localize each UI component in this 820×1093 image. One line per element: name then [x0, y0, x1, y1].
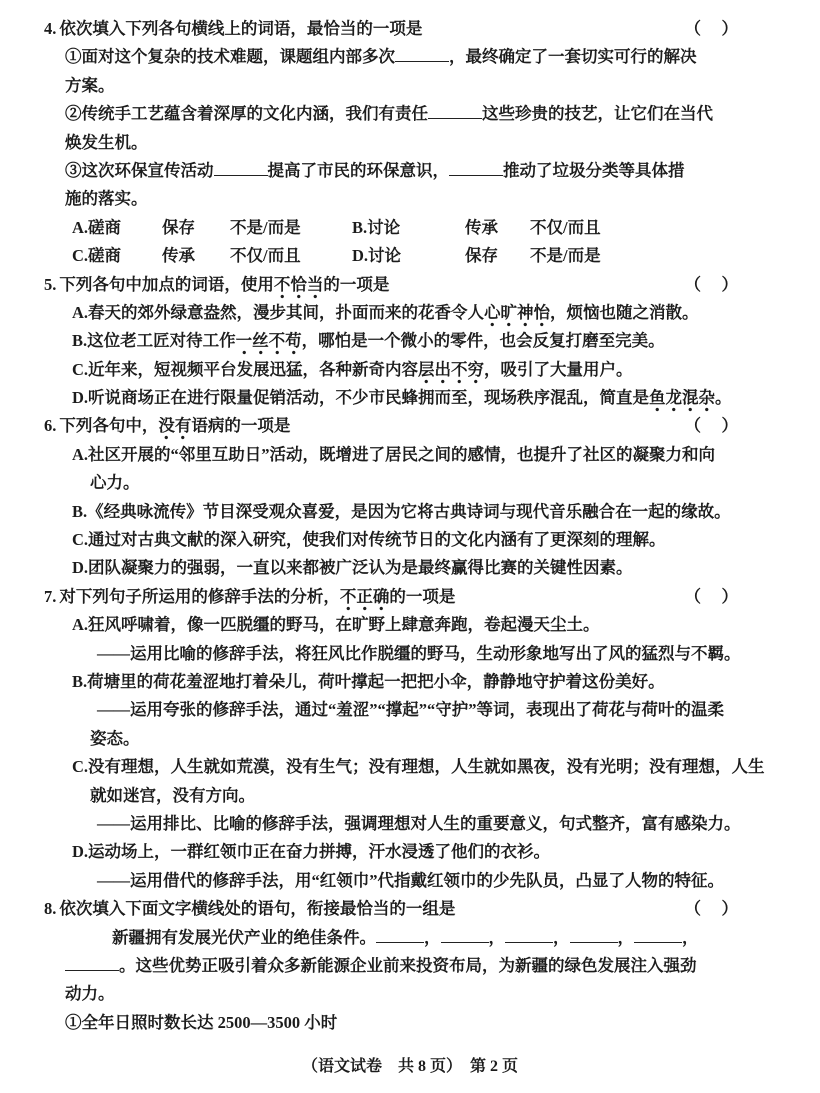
q5-option-a-post: ，烦恼也随之消散。 [550, 303, 699, 322]
q7-option-c-text-2: 就如迷宫，没有方向。 [90, 786, 255, 805]
question-6: 6.下列各句中，没有语病的一项是 （ ） A.社区开展的“邻里互助日”活动，既增… [0, 412, 820, 582]
q7-option-d-analysis-text: ——运用借代的修辞手法，用“红领巾”代指戴红领巾的少先队员，凸显了人物的特征。 [97, 871, 724, 890]
blank-line [505, 928, 553, 943]
q7-number: 7. [44, 587, 56, 606]
q5-option-b-post: ，哪怕是一个微小的零件，也会反复打磨至完美。 [302, 331, 665, 350]
q6-option-d: D.团队凝聚力的强弱，一直以来都被广泛认为是最终赢得比赛的关键性因素。 [0, 554, 820, 582]
q7-option-d-analysis: ——运用借代的修辞手法，用“红领巾”代指戴红领巾的少先队员，凸显了人物的特征。 [0, 867, 820, 895]
q6-option-d-text: D.团队凝聚力的强弱，一直以来都被广泛认为是最终赢得比赛的关键性因素。 [72, 558, 633, 577]
q5-option-d-emphasized: 鱼龙混杂 [649, 388, 715, 412]
q8-comma: ， [424, 928, 441, 947]
q6-answer-bracket: （ ） [685, 412, 741, 440]
q7-option-b-analysis-line-1: ——运用夸张的修辞手法，通过“羞涩”“撑起”“守护”等词，表现出了荷花与荷叶的温… [0, 696, 820, 724]
q5-option-a: A.春天的郊外绿意盎然，漫步其间，扑面而来的花香令人心旷神怡，烦恼也随之消散。 [0, 299, 820, 327]
q4-item-1-text-a: ①面对这个复杂的技术难题，课题组内部多次 [65, 47, 395, 66]
q6-stem-text-post: 语病的一项是 [191, 416, 290, 435]
q5-stem-text-pre: 下列各句中加点的词语，使用 [59, 275, 274, 294]
page-footer-text: （语文试卷 共 8 页） 第 2 页 [302, 1058, 518, 1075]
q6-option-c: C.通过对古典文献的深入研究，使我们对传统节日的文化内涵有了更深刻的理解。 [0, 526, 820, 554]
q7-answer-bracket: （ ） [685, 583, 741, 611]
q8-passage-line-3: 动力。 [0, 980, 820, 1008]
blank-line [395, 47, 449, 62]
q4-stem-text: 依次填入下列各句横线上的词语，最恰当的一项是 [59, 19, 422, 38]
q7-option-a-analysis-text: ——运用比喻的修辞手法，将狂风比作脱缰的野马，生动形象地写出了风的猛烈与不羁。 [97, 644, 741, 663]
q5-answer-bracket: （ ） [685, 271, 741, 299]
q4-item-3-line-1: ③这次环保宣传活动提高了市民的环保意识，推动了垃圾分类等具体措 [0, 157, 820, 185]
q4-option-d-label: D.讨论 [352, 242, 465, 270]
q7-option-a-analysis: ——运用比喻的修辞手法，将狂风比作脱缰的野马，生动形象地写出了风的猛烈与不羁。 [0, 640, 820, 668]
q6-stem-emphasized: 没有 [158, 416, 191, 440]
q4-option-b-word-2: 传承 [465, 214, 530, 242]
q8-passage-intro: 新疆拥有发展光伏产业的绝佳条件。 [112, 928, 376, 947]
q4-item-3-line-2: 施的落实。 [0, 185, 820, 213]
blank-line [634, 928, 682, 943]
blank-line [65, 956, 119, 971]
q7-option-c-line-1: C.没有理想，人生就如荒漠，没有生气；没有理想，人生就如黑夜，没有光明；没有理想… [0, 753, 820, 781]
q4-item-2-text-c: 焕发生机。 [65, 133, 148, 152]
q6-stem-text-pre: 下列各句中， [59, 416, 158, 435]
q7-option-d-text: D.运动场上，一群红领巾正在奋力拼搏，汗水浸透了他们的衣衫。 [72, 842, 550, 861]
q8-comma: ， [618, 928, 635, 947]
q7-option-b: B.荷塘里的荷花羞涩地打着朵儿，荷叶撑起一把把小伞，静静地守护着这份美好。 [0, 668, 820, 696]
q5-option-d-post: 。 [715, 388, 732, 407]
q4-option-d-word-3: 不是/而是 [530, 242, 601, 270]
q5-option-d-pre: D.听说商场正在进行限量促销活动，不少市民蜂拥而至，现场秩序混乱，简直是 [72, 388, 649, 407]
q5-option-a-emphasized: 心旷神怡 [484, 303, 550, 327]
q6-option-a-line-2: 心力。 [0, 469, 820, 497]
q5-option-c: C.近年来，短视频平台发展迅猛，各种新奇内容层出不穷，吸引了大量用户。 [0, 356, 820, 384]
q5-option-c-post: ，吸引了大量用户。 [484, 360, 633, 379]
q6-option-b-text: B.《经典咏流传》节目深受观众喜爱，是因为它将古典诗词与现代音乐融合在一起的缘故… [72, 502, 731, 521]
q8-item-1-text: ①全年日照时数长达 2500—3500 小时 [65, 1013, 337, 1032]
q5-number: 5. [44, 275, 56, 294]
q4-item-1-line-1: ①面对这个复杂的技术难题，课题组内部多次，最终确定了一套切实可行的解决 [0, 43, 820, 71]
q4-item-2-line-1: ②传统手工艺蕴含着深厚的文化内涵，我们有责任这些珍贵的技艺，让它们在当代 [0, 100, 820, 128]
q5-option-c-emphasized: 层出不穷 [418, 360, 484, 384]
q4-option-a-word-3: 不是/而是 [230, 214, 352, 242]
q5-stem-text-post: 的一项是 [323, 275, 389, 294]
q5-option-b-emphasized: 一丝不苟 [236, 331, 302, 355]
blank-line [570, 928, 618, 943]
q7-stem-text-post: 的一项是 [389, 587, 455, 606]
q6-option-b: B.《经典咏流传》节目深受观众喜爱，是因为它将古典诗词与现代音乐融合在一起的缘故… [0, 498, 820, 526]
q6-option-c-text: C.通过对古典文献的深入研究，使我们对传统节日的文化内涵有了更深刻的理解。 [72, 530, 666, 549]
q4-item-1-line-2: 方案。 [0, 72, 820, 100]
q7-option-a-text: A.狂风呼啸着，像一匹脱缰的野马，在旷野上肆意奔跑，卷起漫天尘土。 [72, 615, 600, 634]
q7-stem-emphasized: 不正确 [340, 587, 390, 611]
q8-passage-line-1: 新疆拥有发展光伏产业的绝佳条件。，，，，， [0, 924, 820, 952]
blank-line [214, 161, 268, 176]
q4-option-c-word-2: 传承 [162, 242, 230, 270]
q4-item-3-text-c: 推动了垃圾分类等具体措 [503, 161, 685, 180]
page-footer: （语文试卷 共 8 页） 第 2 页 [0, 1053, 820, 1081]
blank-line [428, 104, 482, 119]
q7-option-b-analysis-line-2: 姿态。 [0, 725, 820, 753]
q8-passage-line-2: 。这些优势正吸引着众多新能源企业前来投资布局，为新疆的绿色发展注入强劲 [0, 952, 820, 980]
q8-passage-cont: 动力。 [65, 984, 115, 1003]
q4-option-c-word-3: 不仅/而且 [230, 242, 352, 270]
q5-option-a-pre: A.春天的郊外绿意盎然，漫步其间，扑面而来的花香令人 [72, 303, 484, 322]
q7-option-a: A.狂风呼啸着，像一匹脱缰的野马，在旷野上肆意奔跑，卷起漫天尘土。 [0, 611, 820, 639]
q4-options-row-ab: A.磋商 保存 不是/而是 B.讨论 传承 不仅/而且 [0, 214, 820, 242]
exam-page: 4.依次填入下列各句横线上的词语，最恰当的一项是 （ ） ①面对这个复杂的技术难… [0, 0, 820, 1093]
q4-option-a-label: A.磋商 [72, 214, 162, 242]
q7-option-c-analysis: ——运用排比、比喻的修辞手法，强调理想对人生的重要意义，句式整齐，富有感染力。 [0, 810, 820, 838]
q4-option-b-label: B.讨论 [352, 214, 465, 242]
q8-stem-text: 依次填入下面文字横线处的语句，衔接最恰当的一组是 [59, 899, 455, 918]
q4-option-d-word-2: 保存 [465, 242, 530, 270]
q8-number: 8. [44, 899, 56, 918]
q7-option-c-text-1: C.没有理想，人生就如荒漠，没有生气；没有理想，人生就如黑夜，没有光明；没有理想… [72, 757, 765, 776]
q6-option-a-line-1: A.社区开展的“邻里互助日”活动，既增进了居民之间的感情，也提升了社区的凝聚力和… [0, 441, 820, 469]
q4-item-2-line-2: 焕发生机。 [0, 129, 820, 157]
q8-item-1: ①全年日照时数长达 2500—3500 小时 [0, 1009, 820, 1037]
q7-option-c-analysis-text: ——运用排比、比喻的修辞手法，强调理想对人生的重要意义，句式整齐，富有感染力。 [97, 814, 741, 833]
q8-passage-after-blank: 。这些优势正吸引着众多新能源企业前来投资布局，为新疆的绿色发展注入强劲 [119, 956, 697, 975]
q8-comma: ， [553, 928, 570, 947]
q6-number: 6. [44, 416, 56, 435]
q7-option-d: D.运动场上，一群红领巾正在奋力拼搏，汗水浸透了他们的衣衫。 [0, 838, 820, 866]
q4-answer-bracket: （ ） [685, 15, 741, 43]
q4-item-2-text-b: 这些珍贵的技艺，让它们在当代 [482, 104, 713, 123]
blank-line [449, 161, 503, 176]
q5-option-b-pre: B.这位老工匠对待工作 [72, 331, 236, 350]
q6-stem-line: 6.下列各句中，没有语病的一项是 （ ） [0, 412, 820, 440]
question-4: 4.依次填入下列各句横线上的词语，最恰当的一项是 （ ） ①面对这个复杂的技术难… [0, 15, 820, 271]
q8-comma: ， [489, 928, 506, 947]
q4-option-b-word-3: 不仅/而且 [530, 214, 601, 242]
q4-option-c-label: C.磋商 [72, 242, 162, 270]
q4-item-3-text-d: 施的落实。 [65, 189, 148, 208]
q5-option-d: D.听说商场正在进行限量促销活动，不少市民蜂拥而至，现场秩序混乱，简直是鱼龙混杂… [0, 384, 820, 412]
q8-stem-line: 8.依次填入下面文字横线处的语句，衔接最恰当的一组是 （ ） [0, 895, 820, 923]
q7-option-b-analysis-text-1: ——运用夸张的修辞手法，通过“羞涩”“撑起”“守护”等词，表现出了荷花与荷叶的温… [97, 700, 724, 719]
blank-line [376, 928, 424, 943]
q5-option-b: B.这位老工匠对待工作一丝不苟，哪怕是一个微小的零件，也会反复打磨至完美。 [0, 327, 820, 355]
q7-option-b-text: B.荷塘里的荷花羞涩地打着朵儿，荷叶撑起一把把小伞，静静地守护着这份美好。 [72, 672, 665, 691]
q4-item-3-text-b: 提高了市民的环保意识， [268, 161, 450, 180]
q4-number: 4. [44, 19, 56, 38]
q5-stem-line: 5.下列各句中加点的词语，使用不恰当的一项是 （ ） [0, 271, 820, 299]
q6-option-a-text-1: A.社区开展的“邻里互助日”活动，既增进了居民之间的感情，也提升了社区的凝聚力和… [72, 445, 715, 464]
q4-item-1-text-b: ，最终确定了一套切实可行的解决 [449, 47, 697, 66]
question-7: 7.对下列句子所运用的修辞手法的分析，不正确的一项是 （ ） A.狂风呼啸着，像… [0, 583, 820, 895]
q4-option-a-word-2: 保存 [162, 214, 230, 242]
q4-item-2-text-a: ②传统手工艺蕴含着深厚的文化内涵，我们有责任 [65, 104, 428, 123]
q5-stem-emphasized: 不恰当 [274, 275, 324, 299]
q8-comma: ， [682, 928, 699, 947]
blank-line [441, 928, 489, 943]
q4-item-1-text-c: 方案。 [65, 76, 115, 95]
q6-option-a-text-2: 心力。 [90, 473, 140, 492]
q4-stem-line: 4.依次填入下列各句横线上的词语，最恰当的一项是 （ ） [0, 15, 820, 43]
question-5: 5.下列各句中加点的词语，使用不恰当的一项是 （ ） A.春天的郊外绿意盎然，漫… [0, 271, 820, 413]
q5-option-c-pre: C.近年来，短视频平台发展迅猛，各种新奇内容 [72, 360, 418, 379]
q7-stem-text-pre: 对下列句子所运用的修辞手法的分析， [59, 587, 340, 606]
q7-option-b-analysis-text-2: 姿态。 [90, 729, 140, 748]
q7-stem-line: 7.对下列句子所运用的修辞手法的分析，不正确的一项是 （ ） [0, 583, 820, 611]
q8-answer-bracket: （ ） [685, 895, 741, 923]
q4-options-row-cd: C.磋商 传承 不仅/而且 D.讨论 保存 不是/而是 [0, 242, 820, 270]
question-8: 8.依次填入下面文字横线处的语句，衔接最恰当的一组是 （ ） 新疆拥有发展光伏产… [0, 895, 820, 1037]
q7-option-c-line-2: 就如迷宫，没有方向。 [0, 782, 820, 810]
q4-item-3-text-a: ③这次环保宣传活动 [65, 161, 214, 180]
